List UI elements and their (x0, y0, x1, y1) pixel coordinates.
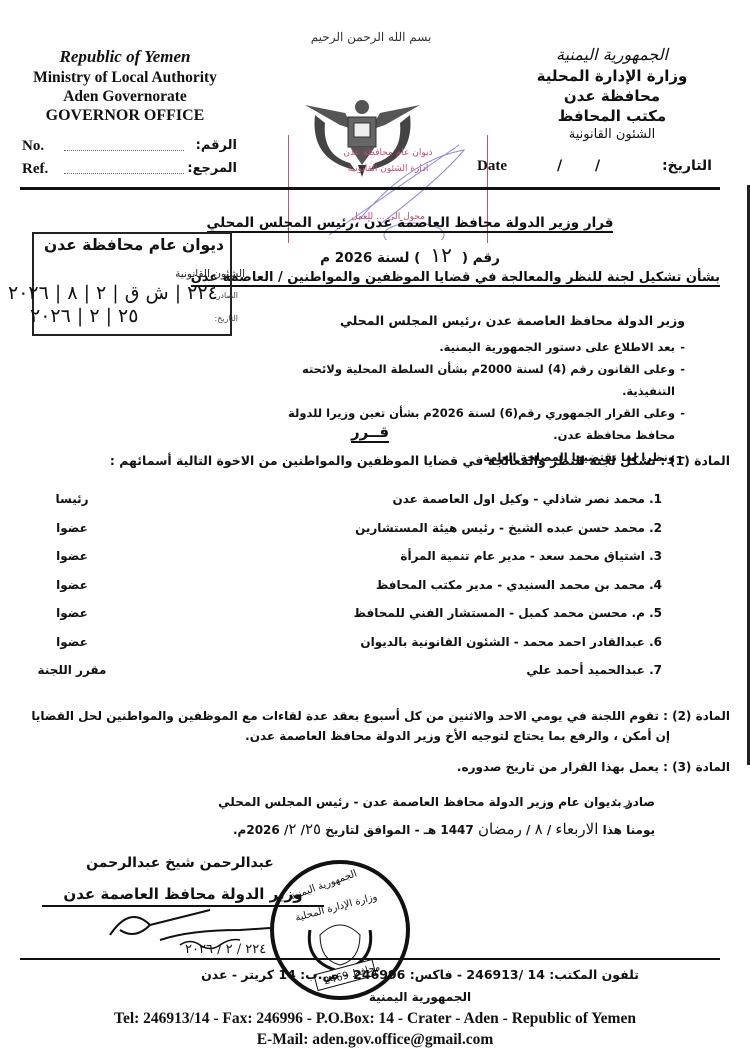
article-2-line1: تقوم اللجنة في يومي الاحد والاثنين من كل… (31, 709, 659, 723)
registry-date-row: التاريخ: ٢٥ | ٢ | ٢٠٢٦ (30, 308, 238, 330)
article-1-text: تشكل لجنة للنظر والمعالجة في قضايا الموظ… (110, 453, 656, 468)
registry-stamp-subtitle: الشئون القانونية (90, 268, 245, 280)
member-name-position: 3. اشتياق محمد سعد - مدير عام تنمية المر… (400, 545, 662, 567)
date-label-ar: التاريخ: (662, 158, 712, 174)
member-role: عضوا (22, 545, 122, 567)
number-label-en: No. (22, 138, 44, 155)
governorate-name-ar: محافظة عدن (512, 86, 712, 106)
header-divider (20, 187, 720, 190)
article-1-label: المادة (1) : (660, 453, 730, 468)
issuance-hijri-year: 1447 هـ (424, 823, 474, 837)
date-blank-slashes: / / (557, 158, 614, 174)
registry-date-value: ٢٥ | ٢ | ٢٠٢٦ (30, 305, 138, 327)
article-3-text: يعمل بهذا القرار من تاريخ صدوره. (457, 760, 659, 774)
office-name-ar: مكتب المحافظ (512, 106, 712, 126)
member-name-position: 4. محمد بن محمد السنيدي - مدير مكتب المح… (376, 574, 662, 596)
reference-field-row: Ref. المرجع: (22, 161, 237, 181)
footer-divider (20, 958, 720, 960)
letterhead-english: Republic of Yemen Ministry of Local Auth… (0, 46, 250, 125)
reference-blank-line (64, 173, 184, 174)
article-2: المادة (2) : تقوم اللجنة في يومي الاحد و… (15, 706, 730, 746)
footer-contact-en: Tel: 246913/14 - Fax: 246996 - P.O.Box: … (0, 1010, 750, 1028)
preamble-item: بعد الاطلاع على دستور الجمهورية اليمنية. (265, 336, 685, 358)
issuance-corresponding: - الموافق لتاريخ (325, 823, 419, 837)
country-name-ar: الجمهورية اليمنية (512, 44, 712, 66)
member-row: 7. عبدالحميد أحمد عليمقرر اللجنة (22, 659, 662, 688)
number-field-row: No. الرقم: (22, 138, 237, 158)
letterhead-arabic: الجمهورية اليمنية وزارة الإدارة المحلية … (512, 44, 712, 144)
issuance-day: الاربعاء (555, 820, 598, 838)
signature-handwritten-number: ٢٢٤ / ٢ / ٢٠٢٦ (185, 942, 266, 955)
issuance-line1: صادر بديوان عام وزير الدولة محافظ العاصم… (135, 795, 655, 809)
member-name-position: 2. محمد حسن عبده الشيخ - رئيس هيئة المست… (355, 517, 662, 539)
footer-country-ar: الجمهورية اليمنية (180, 990, 660, 1004)
date-label-en: Date (477, 158, 507, 175)
committee-members-list: 1. محمد نصر شاذلي - وكيل اول العاصمة عدن… (22, 488, 662, 688)
decree-number-suffix: ) لسنة 2026 م (320, 250, 420, 266)
registry-stamp-title: ديوان عام محافظة عدن (34, 236, 234, 254)
member-name-position: 1. محمد نصر شاذلي - وكيل اول العاصمة عدن (393, 488, 663, 510)
decree-number-prefix: رقم ( (462, 250, 500, 266)
footer-email: E-Mail: aden.gov.office@gmail.com (0, 1031, 750, 1049)
registry-issued-value: ٢٢٤ | ش ق | ٢ | ٨ | ٢٠٢٦ (8, 282, 218, 304)
ministry-name-en: Ministry of Local Authority (0, 68, 250, 87)
footer-contact-ar: تلفون المكتب: 14 /246913 - فاكس: 246996 … (180, 967, 660, 982)
issuance-prefix: يومنا هذا (603, 823, 655, 837)
member-role: عضوا (22, 574, 122, 596)
member-name-position: 5. م. محسن محمد كمبل - المستشار الفني لل… (354, 602, 662, 624)
member-row: 1. محمد نصر شاذلي - وكيل اول العاصمة عدن… (22, 488, 662, 517)
issuance-greg-month: ٢ (288, 820, 296, 838)
member-row: 5. م. محسن محمد كمبل - المستشار الفني لل… (22, 602, 662, 631)
decree-title-text: قرار وزير الدولة محافظ العاصمة عدن ،رئيس… (207, 215, 614, 233)
issuance-hijri-day: ٨ (535, 820, 543, 838)
issuance-line2: يومنا هذا الاربعاء / ٨ / رمضان 1447 هـ -… (135, 820, 655, 838)
basmala: بسم الله الرحمن الرحيم (296, 30, 446, 44)
decided-heading-text: قــرر (351, 423, 389, 443)
decree-number-row: رقم (١٢) لسنة 2026 م (250, 243, 570, 267)
member-row: 2. محمد حسن عبده الشيخ - رئيس هيئة المست… (22, 517, 662, 546)
member-role: رئيسا (22, 488, 122, 510)
ministry-name-ar: وزارة الإدارة المحلية (512, 66, 712, 86)
registry-issued-row: الصادر: ٢٢٤ | ش ق | ٢ | ٨ | ٢٠٢٦ (8, 285, 238, 307)
member-role: مقرر اللجنة (22, 659, 122, 681)
member-row: 4. محمد بن محمد السنيدي - مدير مكتب المح… (22, 574, 662, 603)
issuance-greg-day: ٢٥ (305, 820, 321, 838)
decree-number: ١٢ (420, 243, 461, 267)
article-1: المادة (1) : تشكل لجنة للنظر والمعالجة ف… (30, 453, 730, 468)
number-blank-line (64, 150, 184, 151)
signatory-name: عبدالرحمن شيخ عبدالرحمن (60, 855, 300, 871)
member-role: عضوا (22, 631, 122, 653)
reference-label-en: Ref. (22, 161, 48, 178)
article-2-line2: إن أمكن ، والرفع بما يحتاج لتوجيه الأخ و… (15, 726, 730, 746)
issuance-hijri-month: رمضان (478, 820, 522, 838)
country-name-en: Republic of Yemen (0, 46, 250, 68)
member-role: عضوا (22, 517, 122, 539)
preamble-list: بعد الاطلاع على دستور الجمهورية اليمنية.… (265, 336, 685, 468)
preamble-item: وعلى القانون رقم (4) لسنة 2000م بشأن الس… (265, 358, 685, 402)
office-name-en: GOVERNOR OFFICE (0, 106, 250, 125)
member-name-position: 6. عبدالقادر احمد محمد - الشئون القانوني… (360, 631, 662, 653)
department-name-ar: الشئون القانونية (512, 126, 712, 144)
handwritten-signature-icon: ٢٢٤ / ٢ / ٢٠٢٦ (90, 900, 280, 955)
governorate-name-en: Aden Governorate (0, 87, 250, 106)
member-role: عضوا (22, 602, 122, 624)
decree-subject-text: بشأن تشكيل لجنة للنظر والمعالجة في قضايا… (191, 270, 720, 287)
number-label-ar: الرقم: (196, 138, 237, 153)
article-3-label: المادة (3) : (663, 760, 730, 774)
official-seal-icon: الجمهورية اليمنية وزارة الإدارة المحلية … (265, 855, 415, 1005)
article-3: المادة (3) : يعمل بهذا القرار من تاريخ ص… (30, 760, 730, 774)
decided-heading: قــرر (330, 423, 410, 441)
article-2-label: المادة (2) : (663, 709, 730, 723)
member-row: 3. اشتياق محمد سعد - مدير عام تنمية المر… (22, 545, 662, 574)
member-name-position: 7. عبدالحميد أحمد علي (526, 659, 662, 681)
registry-date-label: التاريخ: (215, 314, 238, 323)
reference-label-ar: المرجع: (187, 161, 237, 176)
decree-title: قرار وزير الدولة محافظ العاصمة عدن ،رئيس… (200, 215, 620, 231)
date-field-row: Date / / التاريخ: (477, 158, 712, 180)
issuer-line: وزير الدولة محافظ العاصمة عدن ،رئيس المج… (340, 313, 685, 328)
issuance-greg-year: 2026م. (233, 823, 280, 837)
member-row: 6. عبدالقادر احمد محمد - الشئون القانوني… (22, 631, 662, 660)
preamble-item: وعلى القرار الجمهوري رقم(6) لسنة 2026م ب… (265, 402, 685, 446)
